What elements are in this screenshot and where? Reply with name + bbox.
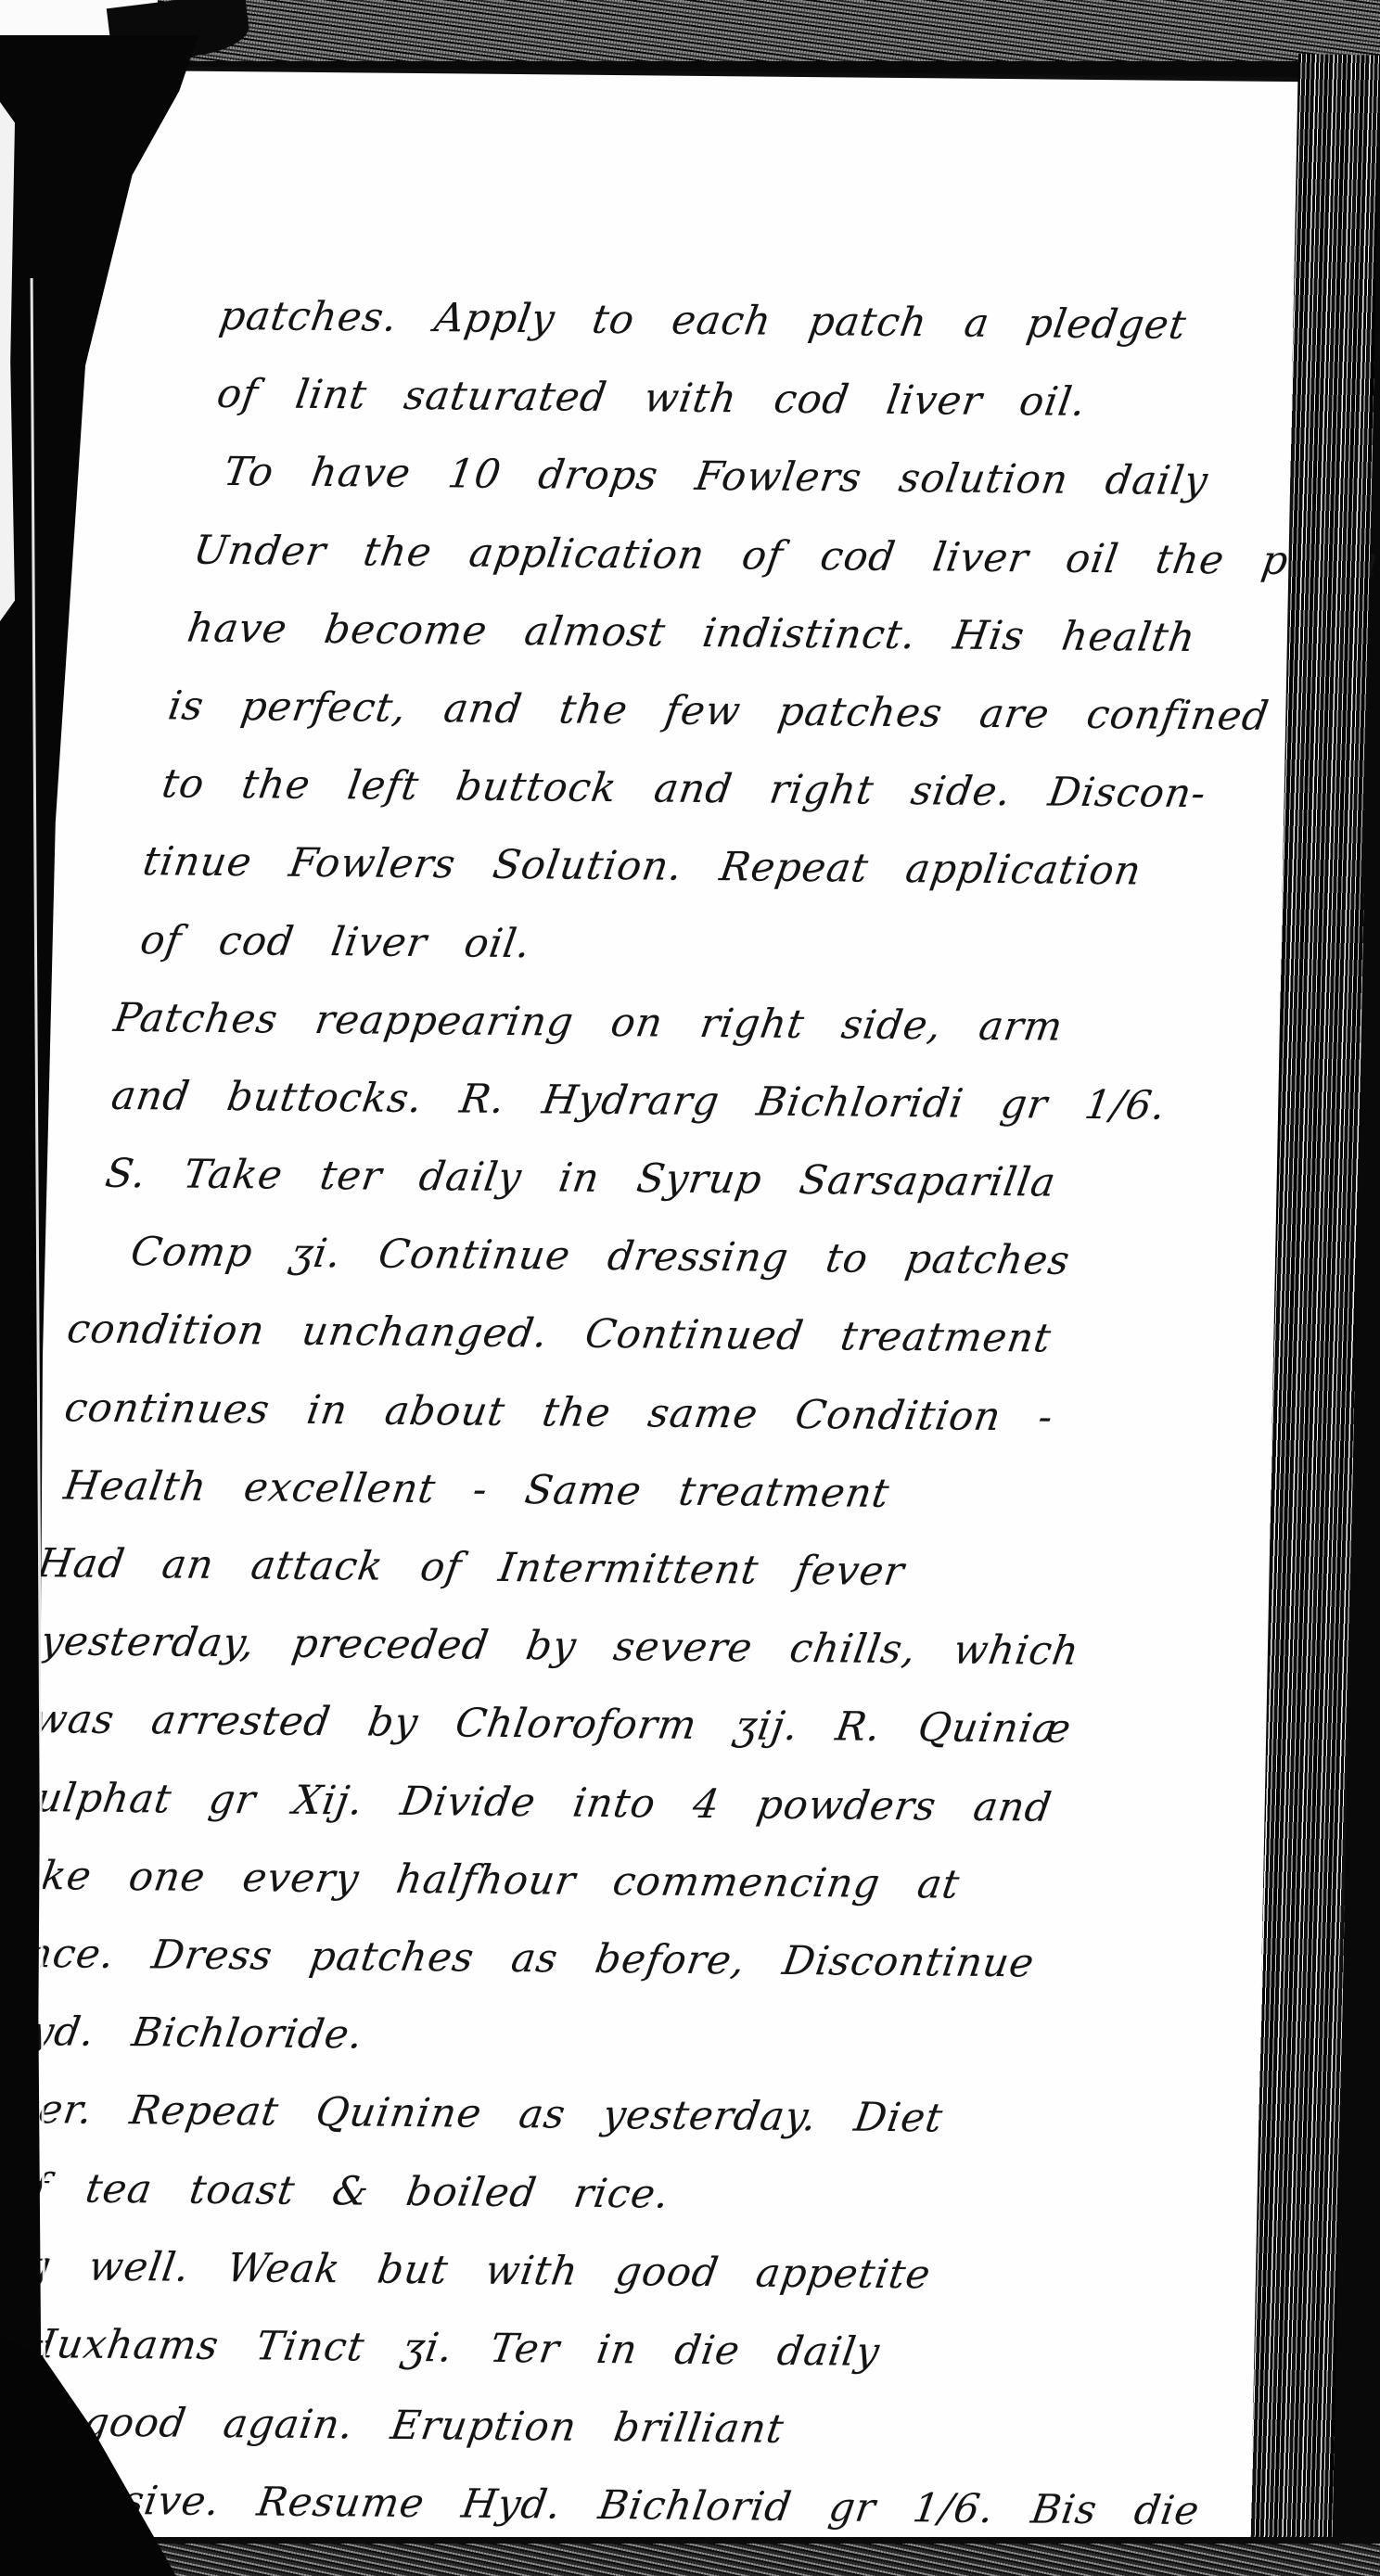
handwritten-line: continues in about the same Condition - bbox=[59, 1369, 1277, 1459]
handwritten-line: Under the application of cod liver oil t… bbox=[188, 511, 1380, 601]
handwritten-line: is perfect, and the few patches are conf… bbox=[163, 667, 1380, 757]
handwritten-line: Hyd. Bichloride. bbox=[0, 1993, 1182, 2082]
journal-page: patches. Apply to each patch a pledget o… bbox=[7, 65, 1335, 2555]
handwritten-line: of lint saturated with cod liver oil. bbox=[211, 355, 1380, 445]
handwritten-line: tinue Fowlers Solution. Repeat applicati… bbox=[137, 823, 1359, 913]
handwritten-line: Health excellent - Same treatment bbox=[58, 1447, 1265, 1536]
handwritten-line: R. Huxhams Tinct ʒi. Ter in die daily bbox=[0, 2304, 1136, 2393]
handwritten-line: once. Dress patches as before, Discontin… bbox=[0, 1915, 1195, 2004]
handwritten-line: take one every halfhour commencing at bbox=[0, 1837, 1207, 1926]
handwritten-line: Comp ʒi. Continue dressing to patches bbox=[125, 1213, 1300, 1302]
handwritten-line: Had an attack of Intermittent fever bbox=[32, 1524, 1254, 1614]
scanned-document: patches. Apply to each patch a pledget o… bbox=[0, 0, 1380, 2576]
handwritten-line: Patches reappearing on right side, arm bbox=[109, 979, 1335, 1069]
handwritten-line: have become almost indistinct. His healt… bbox=[182, 589, 1380, 678]
scan-top-edge-texture bbox=[158, 0, 1380, 61]
handwritten-line: condition unchanged. Continued treatment bbox=[61, 1291, 1288, 1381]
handwritten-line: Doing well. Weak but with good appetite bbox=[0, 2226, 1147, 2316]
handwritten-line: S. Take ter daily in Syrup Sarsaparilla bbox=[100, 1135, 1312, 1224]
handwritten-line: patches. Apply to each patch a pledget bbox=[214, 277, 1380, 367]
scan-bottom-edge-texture bbox=[139, 2537, 1380, 2576]
handwritten-line: was arrested by Chloroform ʒij. R. Quini… bbox=[27, 1681, 1230, 1770]
handwritten-line: To have 10 drops Fowlers solution daily bbox=[218, 433, 1380, 522]
handwritten-line: Health good again. Eruption brilliant bbox=[0, 2382, 1124, 2472]
handwritten-line: Better. Repeat Quinine as yesterday. Die… bbox=[0, 2071, 1171, 2161]
handwritten-line: of cod liver oil. bbox=[135, 901, 1348, 990]
handwriting-block: patches. Apply to each patch a pledget o… bbox=[0, 277, 1380, 2550]
handwritten-line: Beef tea toast & boiled rice. bbox=[0, 2149, 1159, 2238]
handwritten-line: yesterday, preceded by severe chills, wh… bbox=[35, 1602, 1242, 1691]
handwritten-line: and buttocks. R. Hydrarg Bichloridi gr 1… bbox=[106, 1057, 1323, 1147]
handwritten-line: Sulphat gr Xij. Divide into 4 powders an… bbox=[3, 1758, 1219, 1848]
handwritten-line: to the left buttock and right side. Disc… bbox=[157, 746, 1371, 835]
